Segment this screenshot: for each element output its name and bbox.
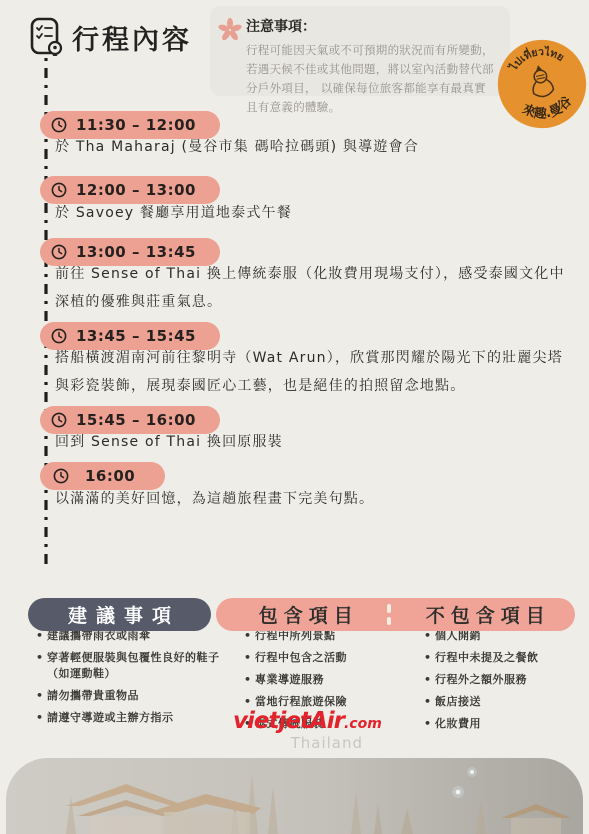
notice-box: 注意事項： 行程可能因天氣或不可預期的狀況而有所變動， 若遇天候不佳或其他問題，… [210, 6, 510, 96]
suggestions-list: 建議攜帶雨衣或雨傘 穿著輕便服裝與包覆性良好的鞋子（如運動鞋） 請勿攜帶貴重物品… [36, 628, 226, 732]
header-dashed-divider [387, 604, 391, 625]
list-item: 化妝費用 [424, 716, 584, 732]
time-label: 12:00 – 13:00 [76, 181, 196, 199]
list-item: 請勿攜帶貴重物品 [36, 688, 226, 704]
time-label: 16:00 [85, 467, 135, 485]
timeline-dotted-line [0, 0, 60, 600]
clock-icon [51, 244, 67, 260]
suggestions-header: 建議事項 [28, 598, 211, 631]
time-label: 15:45 – 16:00 [76, 411, 196, 429]
time-label: 11:30 – 12:00 [76, 116, 196, 134]
included-excluded-header-band: 包含項目 不包含項目 [216, 598, 575, 631]
list-item: 行程中包含之活動 [244, 650, 419, 666]
clock-icon [51, 182, 67, 198]
notice-body: 行程可能因天氣或不可預期的狀況而有所變動， 若遇天候不佳或其他問題，將以室內活動… [246, 41, 496, 117]
vietjet-country-label: Thailand [233, 734, 363, 752]
list-item: 飯店接送 [424, 694, 584, 710]
excluded-list: 個人開銷 行程中未提及之餐飲 行程外之額外服務 飯店接送 化妝費用 [424, 628, 584, 738]
itinerary-page: 行程內容 注意事項： 行程可能因天氣或不可預期的狀況而有所變動， 若遇天候不佳或… [0, 0, 589, 834]
timeline-description: 於 Savoey 餐廳享用道地泰式午餐 [55, 199, 570, 227]
grand-palace-illustration [6, 758, 583, 834]
timeline-description: 搭船橫渡湄南河前往黎明寺（Wat Arun），欣賞那閃耀於陽光下的壯麗尖塔與彩瓷… [55, 344, 570, 400]
time-label: 13:00 – 13:45 [76, 243, 196, 261]
time-label: 13:45 – 15:45 [76, 327, 196, 345]
list-item: 穿著輕便服裝與包覆性良好的鞋子（如運動鞋） [36, 650, 226, 682]
clock-icon [53, 468, 69, 484]
timeline-description: 回到 Sense of Thai 換回原服裝 [55, 428, 570, 456]
timeline-description: 於 Tha Maharaj (曼谷市集 碼哈拉碼頭) 與導遊會合 [55, 133, 570, 161]
excluded-header: 不包含項目 [396, 598, 576, 631]
included-header: 包含項目 [216, 598, 396, 631]
timeline-description: 以滿滿的美好回憶，為這趟旅程畫下完美句點。 [55, 485, 570, 513]
timeline-description: 前往 Sense of Thai 換上傳統泰服（化妝費用現場支付），感受泰國文化… [55, 260, 570, 316]
flower-asterisk-icon [218, 18, 242, 42]
list-item: 行程中未提及之餐飲 [424, 650, 584, 666]
list-item: 專業導遊服務 [244, 672, 419, 688]
clock-icon [51, 117, 67, 133]
list-item: 行程外之額外服務 [424, 672, 584, 688]
temple-photo [6, 758, 583, 834]
notice-heading: 注意事項： [246, 16, 496, 36]
list-item: 請遵守導遊或主辦方指示 [36, 710, 226, 726]
clock-icon [51, 328, 67, 344]
clock-icon [51, 412, 67, 428]
travel-stamp-badge: ไปเที่ยวไทย 來趣.曼谷 [494, 36, 589, 132]
vietjet-logo-text: vietjetAir.com [233, 713, 382, 732]
page-title: 行程內容 [72, 18, 192, 57]
vietjet-logo: vietjetAir.com Thailand [233, 708, 363, 752]
